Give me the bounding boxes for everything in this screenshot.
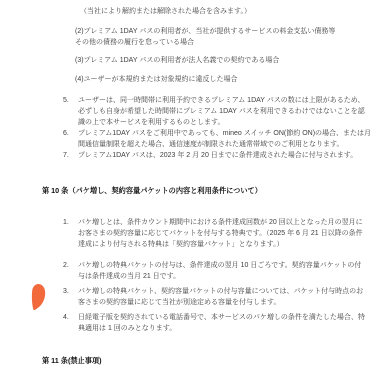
list-item-2: 2. パケ増しの特典パケットの付与は、条件達成の翌月 10 日ごろです。契約容量… <box>63 260 361 282</box>
list-item-3: 3. パケ増しの特典パケット、契約容量パケットの付与容量については、パケット付与… <box>63 286 363 308</box>
paragraph-subclause-4: (4)ユーザーが本規約または対象規約に違反した場合 <box>75 74 238 85</box>
list-item-1: 1. パケ増しとは、条件カウント期間中における条件達成回数が 20 回以上となっ… <box>63 217 363 250</box>
list-item-number: 3. <box>63 286 78 308</box>
list-item-number: 5. <box>63 95 78 128</box>
list-item-text: パケ増しとは、条件カウント期間中における条件達成回数が 20 回以上となった月の… <box>78 217 363 250</box>
list-item-7: 7. プレミアム1DAY パスは、2023 年 2 月 20 日までに条件達成さ… <box>63 150 357 161</box>
paragraph-subclause-2: (2)プレミアム 1DAY パスの利用者が、当社が提供するサービスの料金支払い債… <box>75 26 335 48</box>
list-item-text: プレミアム1DAY パスをご利用中であっても、mineo スイッチ ON(節約 … <box>78 128 371 150</box>
list-item-number: 7. <box>63 150 78 161</box>
list-item-number: 2. <box>63 260 78 282</box>
list-item-text: パケ増しの特典パケットの付与は、条件達成の翌月 10 日ごろです。契約容量パケッ… <box>78 260 361 282</box>
paragraph-subclause-3: (3)プレミアム 1DAY パスの利用者が法人名義での契約である場合 <box>75 55 279 66</box>
list-item-text: ユーザーは、同一時間帯に利用予約できるプレミアム 1DAY パスの数には上限があ… <box>78 95 365 128</box>
list-item-number: 4. <box>63 312 78 334</box>
list-item-text: プレミアム1DAY パスは、2023 年 2 月 20 日までに条件達成された場… <box>78 150 357 161</box>
paragraph-subclause-1-continuation: （当社により解約または解除された場合を含みます。） <box>80 6 251 17</box>
section-11-heading: 第 11 条(禁止事項) <box>42 355 102 366</box>
list-item-text: 日経電子版を契約されている電話番号で、本サービスのパケ増しの条件を満たした場合、… <box>78 312 365 334</box>
list-item-number: 1. <box>63 217 78 250</box>
list-item-5: 5. ユーザーは、同一時間帯に利用予約できるプレミアム 1DAY パスの数には上… <box>63 95 365 128</box>
list-item-number: 6. <box>63 128 78 150</box>
list-item-4: 4. 日経電子版を契約されている電話番号で、本サービスのパケ増しの条件を満たした… <box>63 312 365 334</box>
section-10-heading: 第 10 条（パケ増し、契約容量パケットの内容と利用条件について） <box>42 185 262 196</box>
list-item-text: パケ増しの特典パケット、契約容量パケットの付与容量については、パケット付与時点の… <box>78 286 363 308</box>
orange-blob-marker <box>29 283 46 311</box>
orange-blob-shape <box>32 284 45 310</box>
list-item-6: 6. プレミアム1DAY パスをご利用中であっても、mineo スイッチ ON(… <box>63 128 371 150</box>
